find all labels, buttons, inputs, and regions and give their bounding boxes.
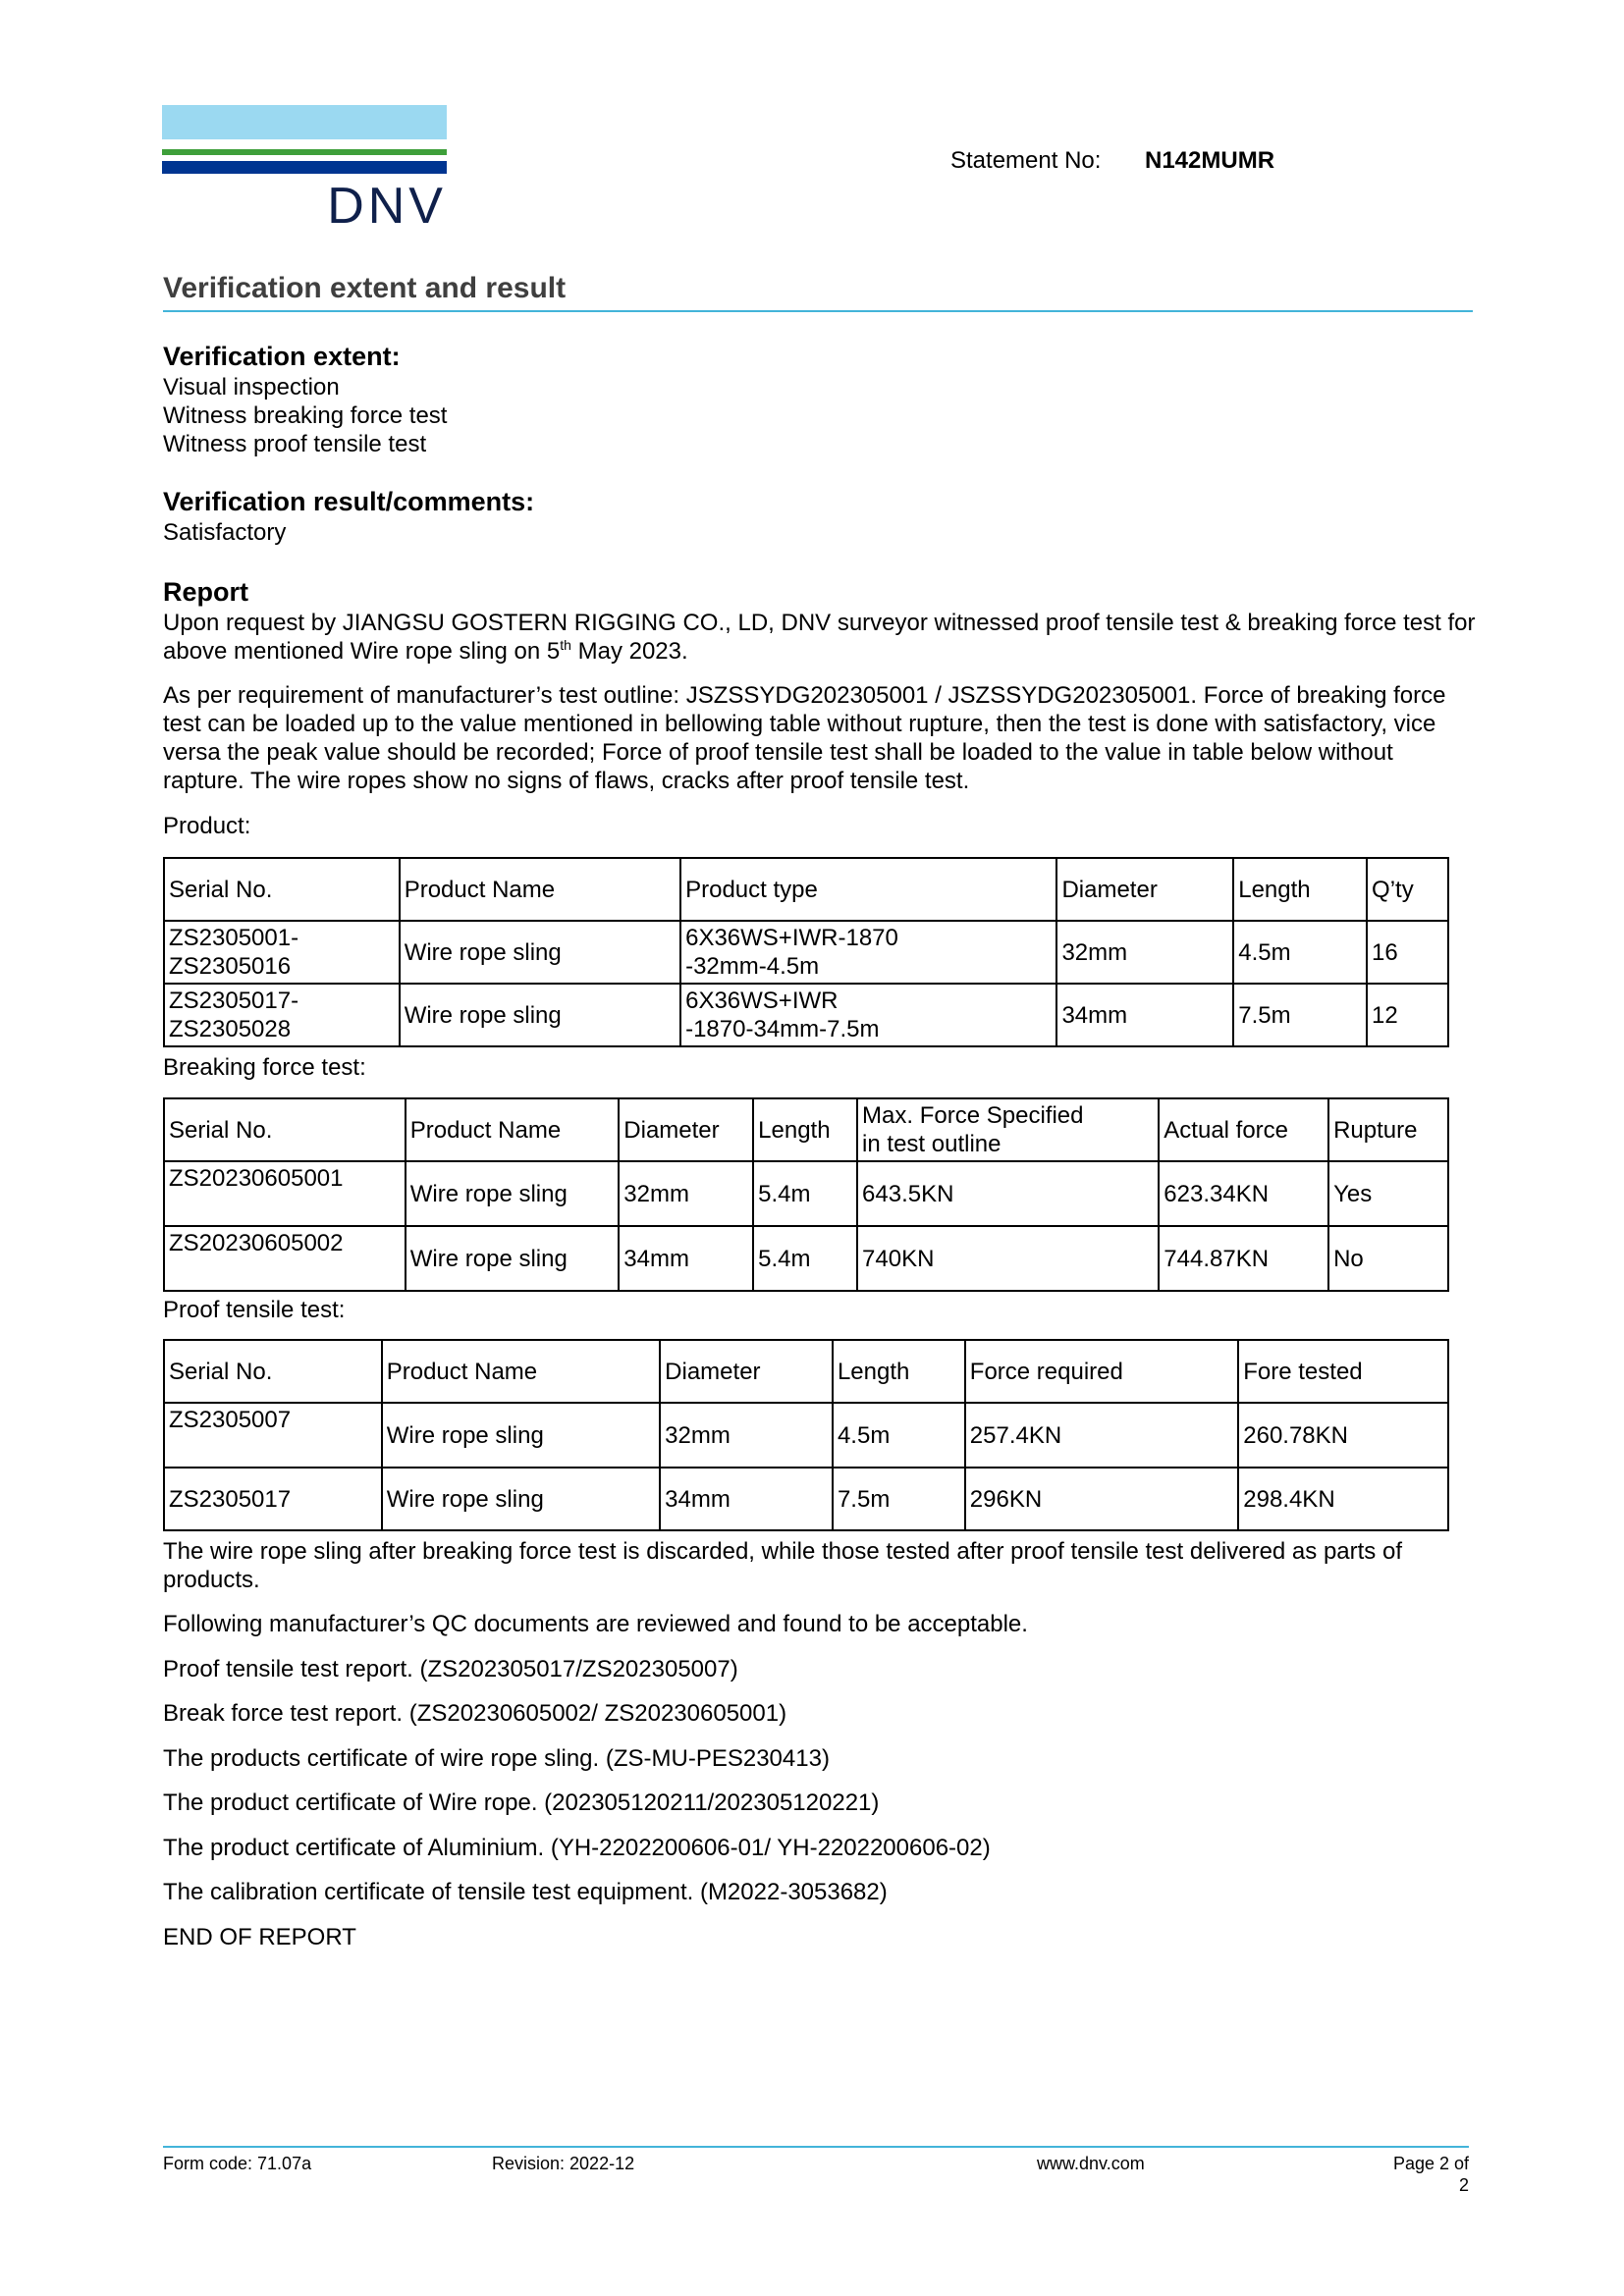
column-header: Product Name — [406, 1098, 620, 1161]
report-intro-paragraph: Upon request by JIANGSU GOSTERN RIGGING … — [163, 609, 1479, 666]
table-cell: 5.4m — [753, 1161, 857, 1226]
disposal-note: The wire rope sling after breaking force… — [163, 1537, 1479, 1594]
column-header: Length — [753, 1098, 857, 1161]
qc-document-item: Break force test report. (ZS20230605002/… — [163, 1699, 786, 1728]
table-header-row: Serial No.Product NameProduct typeDiamet… — [164, 858, 1448, 921]
extent-item: Visual inspection — [163, 373, 340, 401]
verification-result-value: Satisfactory — [163, 518, 286, 547]
table-cell: 34mm — [1056, 984, 1233, 1046]
qc-document-item: The calibration certificate of tensile t… — [163, 1878, 888, 1906]
table-row: ZS2305017Wire rope sling34mm7.5m296KN298… — [164, 1468, 1448, 1530]
table-header-row: Serial No.Product NameDiameterLengthMax.… — [164, 1098, 1448, 1161]
table-cell: 32mm — [660, 1403, 833, 1468]
table-cell: Wire rope sling — [400, 921, 680, 984]
website-link[interactable]: www.dnv.com — [1037, 2153, 1145, 2174]
table-cell: 740KN — [857, 1226, 1159, 1291]
page-number: Page 2 of 2 — [1384, 2153, 1469, 2196]
breaking-force-label: Breaking force test: — [163, 1053, 366, 1082]
end-of-report: END OF REPORT — [163, 1923, 356, 1951]
footer-divider — [163, 2146, 1469, 2148]
column-header: Diameter — [619, 1098, 753, 1161]
table-row: ZS2305001-ZS2305016Wire rope sling6X36WS… — [164, 921, 1448, 984]
table-cell: 4.5m — [1233, 921, 1367, 984]
extent-item: Witness breaking force test — [163, 401, 447, 430]
proof-tensile-table: Serial No.Product NameDiameterLengthForc… — [163, 1339, 1449, 1531]
table-row: ZS2305007Wire rope sling32mm4.5m257.4KN2… — [164, 1403, 1448, 1468]
table-cell: ZS20230605001 — [164, 1161, 406, 1226]
column-header: Force required — [965, 1340, 1238, 1403]
table-cell: 6X36WS+IWR-1870-32mm-4.5m — [680, 921, 1056, 984]
table-cell: 12 — [1367, 984, 1448, 1046]
column-header: Q’ty — [1367, 858, 1448, 921]
column-header: Length — [1233, 858, 1367, 921]
table-cell: 32mm — [1056, 921, 1233, 984]
breaking-force-table: Serial No.Product NameDiameterLengthMax.… — [163, 1097, 1449, 1292]
column-header: Diameter — [1056, 858, 1233, 921]
table-row: ZS2305017-ZS2305028Wire rope sling6X36WS… — [164, 984, 1448, 1046]
revision: Revision: 2022-12 — [492, 2153, 634, 2174]
table-header-row: Serial No.Product NameDiameterLengthForc… — [164, 1340, 1448, 1403]
table-cell: Wire rope sling — [382, 1403, 660, 1468]
table-cell: 260.78KN — [1238, 1403, 1448, 1468]
qc-document-item: The products certificate of wire rope sl… — [163, 1744, 830, 1773]
table-cell: No — [1328, 1226, 1448, 1291]
column-header: Actual force — [1159, 1098, 1328, 1161]
table-cell: 32mm — [619, 1161, 753, 1226]
column-header: Length — [833, 1340, 965, 1403]
logo-sky-band — [162, 105, 447, 139]
product-label: Product: — [163, 812, 250, 840]
table-cell: 298.4KN — [1238, 1468, 1448, 1530]
table-cell: ZS2305001-ZS2305016 — [164, 921, 400, 984]
column-header: Serial No. — [164, 858, 400, 921]
column-header: Diameter — [660, 1340, 833, 1403]
table-cell: Wire rope sling — [382, 1468, 660, 1530]
dnv-logo-text: DNV — [295, 181, 447, 232]
page-title: Verification extent and result — [163, 271, 566, 306]
table-cell: Wire rope sling — [400, 984, 680, 1046]
table-cell: 7.5m — [1233, 984, 1367, 1046]
column-header: Max. Force Specified in test outline — [857, 1098, 1159, 1161]
column-header: Product Name — [400, 858, 680, 921]
verification-extent-heading: Verification extent: — [163, 341, 401, 372]
column-header: Serial No. — [164, 1340, 382, 1403]
report-heading: Report — [163, 576, 248, 608]
column-header: Serial No. — [164, 1098, 406, 1161]
table-cell: 296KN — [965, 1468, 1238, 1530]
table-cell: 4.5m — [833, 1403, 965, 1468]
verification-result-heading: Verification result/comments: — [163, 486, 534, 517]
column-header: Product Name — [382, 1340, 660, 1403]
table-cell: Wire rope sling — [406, 1226, 620, 1291]
table-cell: 257.4KN — [965, 1403, 1238, 1468]
table-cell: 5.4m — [753, 1226, 857, 1291]
qc-document-item: The product certificate of Wire rope. (2… — [163, 1789, 879, 1817]
column-header: Rupture — [1328, 1098, 1448, 1161]
table-cell: 623.34KN — [1159, 1161, 1328, 1226]
form-code: Form code: 71.07a — [163, 2153, 311, 2174]
statement-label: Statement No: — [950, 146, 1101, 176]
proof-tensile-label: Proof tensile test: — [163, 1296, 345, 1324]
extent-item: Witness proof tensile test — [163, 430, 426, 458]
table-row: ZS20230605002Wire rope sling34mm5.4m740K… — [164, 1226, 1448, 1291]
table-cell: Wire rope sling — [406, 1161, 620, 1226]
table-cell: ZS2305017-ZS2305028 — [164, 984, 400, 1046]
table-cell: ZS2305007 — [164, 1403, 382, 1468]
table-cell: 643.5KN — [857, 1161, 1159, 1226]
title-divider — [163, 310, 1473, 312]
column-header: Product type — [680, 858, 1056, 921]
qc-intro: Following manufacturer’s QC documents ar… — [163, 1610, 1028, 1638]
date-ordinal: th — [560, 637, 571, 653]
product-table: Serial No.Product NameProduct typeDiamet… — [163, 857, 1449, 1047]
table-row: ZS20230605001Wire rope sling32mm5.4m643.… — [164, 1161, 1448, 1226]
table-cell: ZS2305017 — [164, 1468, 382, 1530]
table-cell: Yes — [1328, 1161, 1448, 1226]
test-outline-paragraph: As per requirement of manufacturer’s tes… — [163, 681, 1479, 795]
table-cell: 6X36WS+IWR-1870-34mm-7.5m — [680, 984, 1056, 1046]
logo-green-band — [162, 149, 447, 155]
column-header: Fore tested — [1238, 1340, 1448, 1403]
table-cell: ZS20230605002 — [164, 1226, 406, 1291]
table-cell: 34mm — [660, 1468, 833, 1530]
table-cell: 16 — [1367, 921, 1448, 984]
intro-text-end: May 2023. — [571, 638, 688, 665]
statement-number: N142MUMR — [1145, 146, 1274, 176]
qc-document-item: The product certificate of Aluminium. (Y… — [163, 1834, 991, 1862]
table-cell: 34mm — [619, 1226, 753, 1291]
logo-navy-band — [162, 161, 447, 174]
intro-text: Upon request by JIANGSU GOSTERN RIGGING … — [163, 610, 1475, 665]
qc-document-item: Proof tensile test report. (ZS202305017/… — [163, 1655, 738, 1683]
table-cell: 744.87KN — [1159, 1226, 1328, 1291]
table-cell: 7.5m — [833, 1468, 965, 1530]
